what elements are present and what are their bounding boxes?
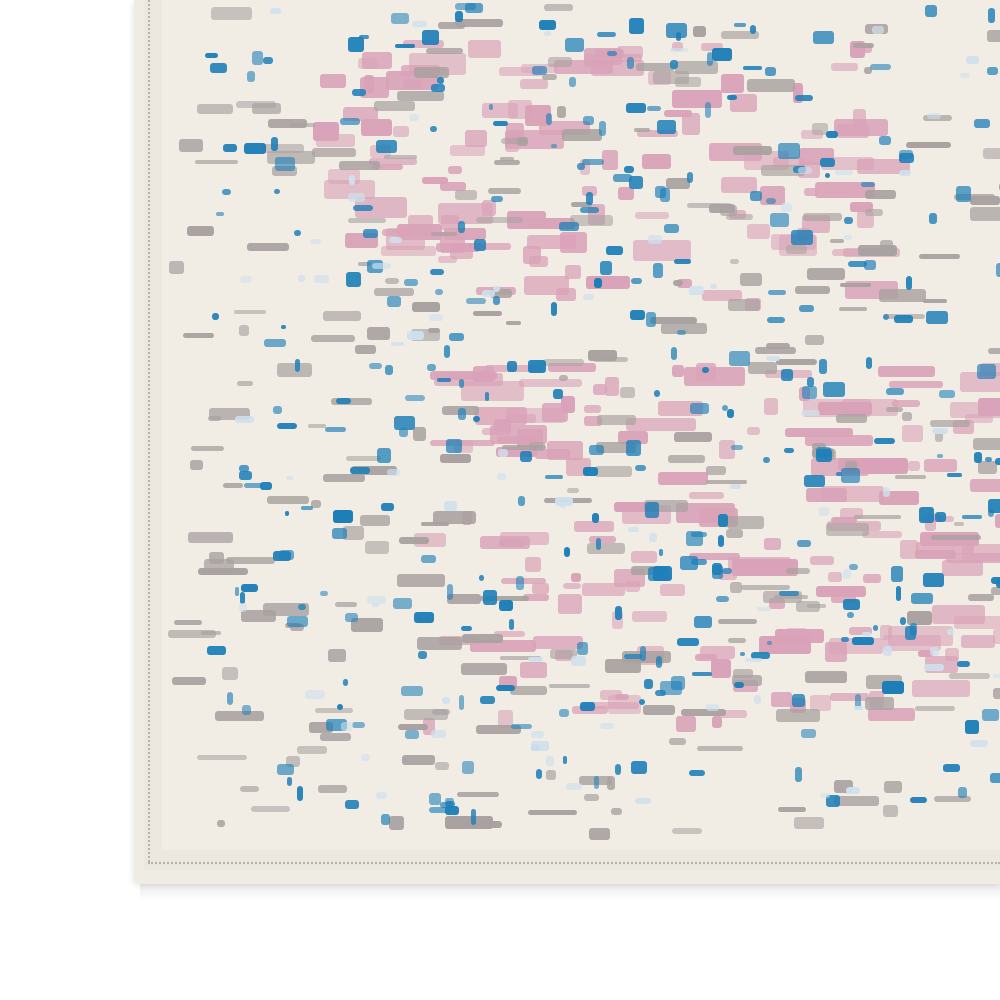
- edge-stitching-left: [148, 0, 150, 862]
- rug-edge-binding: [134, 0, 1000, 884]
- edge-stitching-bottom: [148, 862, 1000, 864]
- rug: [134, 0, 1000, 884]
